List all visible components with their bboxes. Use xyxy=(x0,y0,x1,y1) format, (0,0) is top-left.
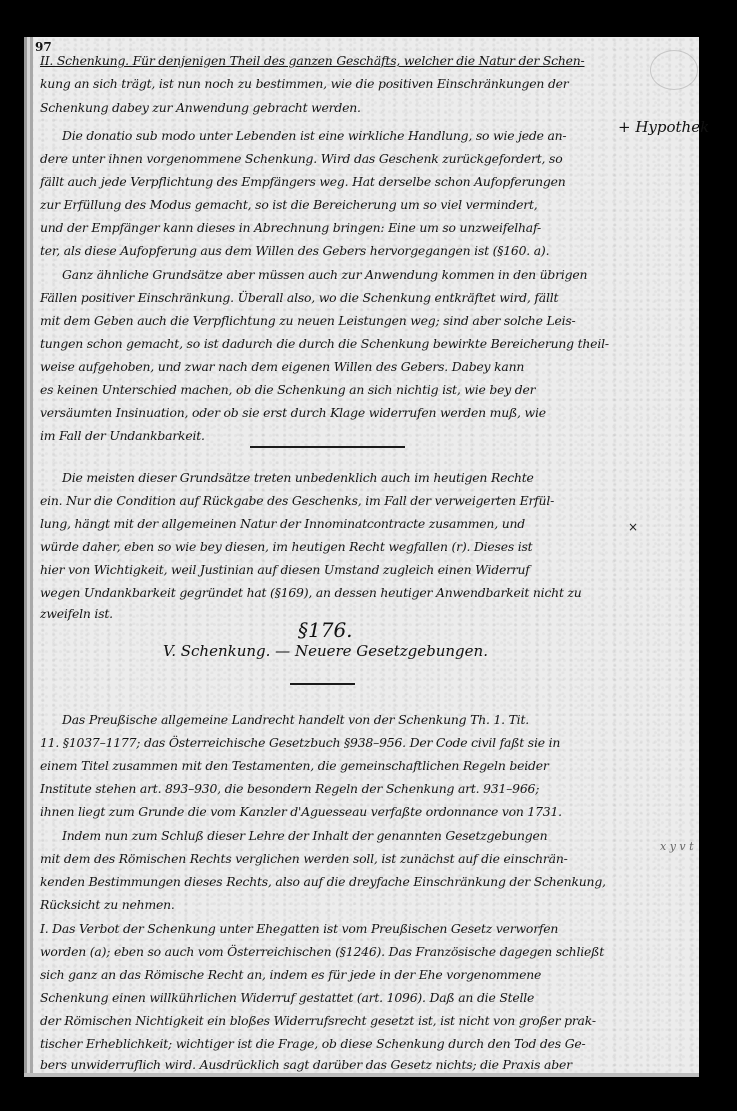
text-line: 11. §1037–1177; das Österreichische Gese… xyxy=(40,735,560,750)
text-line: sich ganz an das Römische Recht an, inde… xyxy=(40,967,541,982)
separator-rule xyxy=(250,446,405,448)
text-line: Ganz ähnliche Grundsätze aber müssen auc… xyxy=(62,267,587,282)
manuscript-page xyxy=(24,37,699,1073)
text-line: einem Titel zusammen mit den Testamenten… xyxy=(40,758,549,773)
section-number: §176. xyxy=(298,618,353,642)
margin-faint-note: x y v t xyxy=(660,840,694,853)
text-line: tischer Erheblichkeit; wichtiger ist die… xyxy=(40,1036,586,1051)
text-line: zur Erfüllung des Modus gemacht, so ist … xyxy=(40,197,537,212)
text-line: der Römischen Nichtigkeit ein bloßes Wid… xyxy=(40,1013,596,1028)
text-line: weise aufgehoben, und zwar nach dem eige… xyxy=(40,359,524,374)
text-line: zweifeln ist. xyxy=(40,606,113,621)
text-line: bers unwiderruflich wird. Ausdrücklich s… xyxy=(40,1057,572,1072)
page-edge xyxy=(24,1073,699,1077)
section-title: V. Schenkung. — Neuere Gesetzgebungen. xyxy=(163,642,488,660)
text-line: dere unter ihnen vorgenommene Schenkung.… xyxy=(40,151,562,166)
text-line: mit dem Geben auch die Verpflichtung zu … xyxy=(40,313,576,328)
text-line: mit dem des Römischen Rechts verglichen … xyxy=(40,851,568,866)
text-line: versäumten Insinuation, oder ob sie erst… xyxy=(40,405,546,420)
text-line: Institute stehen art. 893–930, die beson… xyxy=(40,781,539,796)
text-line: Die donatio sub modo unter Lebenden ist … xyxy=(62,128,566,143)
text-line: II. Schenkung. Für denjenigen Theil des … xyxy=(40,53,585,68)
text-line: worden (a); eben so auch vom Österreichi… xyxy=(40,944,604,959)
text-line: I. Das Verbot der Schenkung unter Ehegat… xyxy=(40,921,558,936)
text-line: wegen Undankbarkeit gegründet hat (§169)… xyxy=(40,585,582,600)
faded-stamp xyxy=(650,50,698,90)
text-line: hier von Wichtigkeit, weil Justinian auf… xyxy=(40,562,530,577)
separator-rule xyxy=(290,683,355,685)
text-line: Rücksicht zu nehmen. xyxy=(40,897,175,912)
margin-cross-mark: × xyxy=(628,520,638,534)
text-line: Schenkung einen willkührlichen Widerruf … xyxy=(40,990,534,1005)
page-number: 97 xyxy=(35,40,52,54)
text-line: Die meisten dieser Grundsätze treten unb… xyxy=(62,470,534,485)
text-line: es keinen Unterschied machen, ob die Sch… xyxy=(40,382,535,397)
text-line: und der Empfänger kann dieses in Abrechn… xyxy=(40,220,541,235)
text-line: ihnen liegt zum Grunde die vom Kanzler d… xyxy=(40,804,562,819)
text-line: Das Preußische allgemeine Landrecht hand… xyxy=(62,712,529,727)
text-line: im Fall der Undankbarkeit. xyxy=(40,428,205,443)
margin-note-hypothek: + Hypothek xyxy=(618,118,709,136)
text-line: lung, hängt mit der allgemeinen Natur de… xyxy=(40,516,525,531)
text-line: ein. Nur die Condition auf Rückgabe des … xyxy=(40,493,554,508)
text-line: ter, als diese Aufopferung aus dem Wille… xyxy=(40,243,549,258)
text-line: Fällen positiver Einschränkung. Überall … xyxy=(40,290,558,305)
text-line: Indem nun zum Schluß dieser Lehre der In… xyxy=(62,828,547,843)
text-line: fällt auch jede Verpflichtung des Empfän… xyxy=(40,174,566,189)
text-line: tungen schon gemacht, so ist dadurch die… xyxy=(40,336,609,351)
text-line: Schenkung dabey zur Anwendung gebracht w… xyxy=(40,100,361,115)
text-line: kung an sich trägt, ist nun noch zu best… xyxy=(40,76,569,91)
text-line: würde daher, eben so wie bey diesen, im … xyxy=(40,539,532,554)
text-line: kenden Bestimmungen dieses Rechts, also … xyxy=(40,874,606,889)
